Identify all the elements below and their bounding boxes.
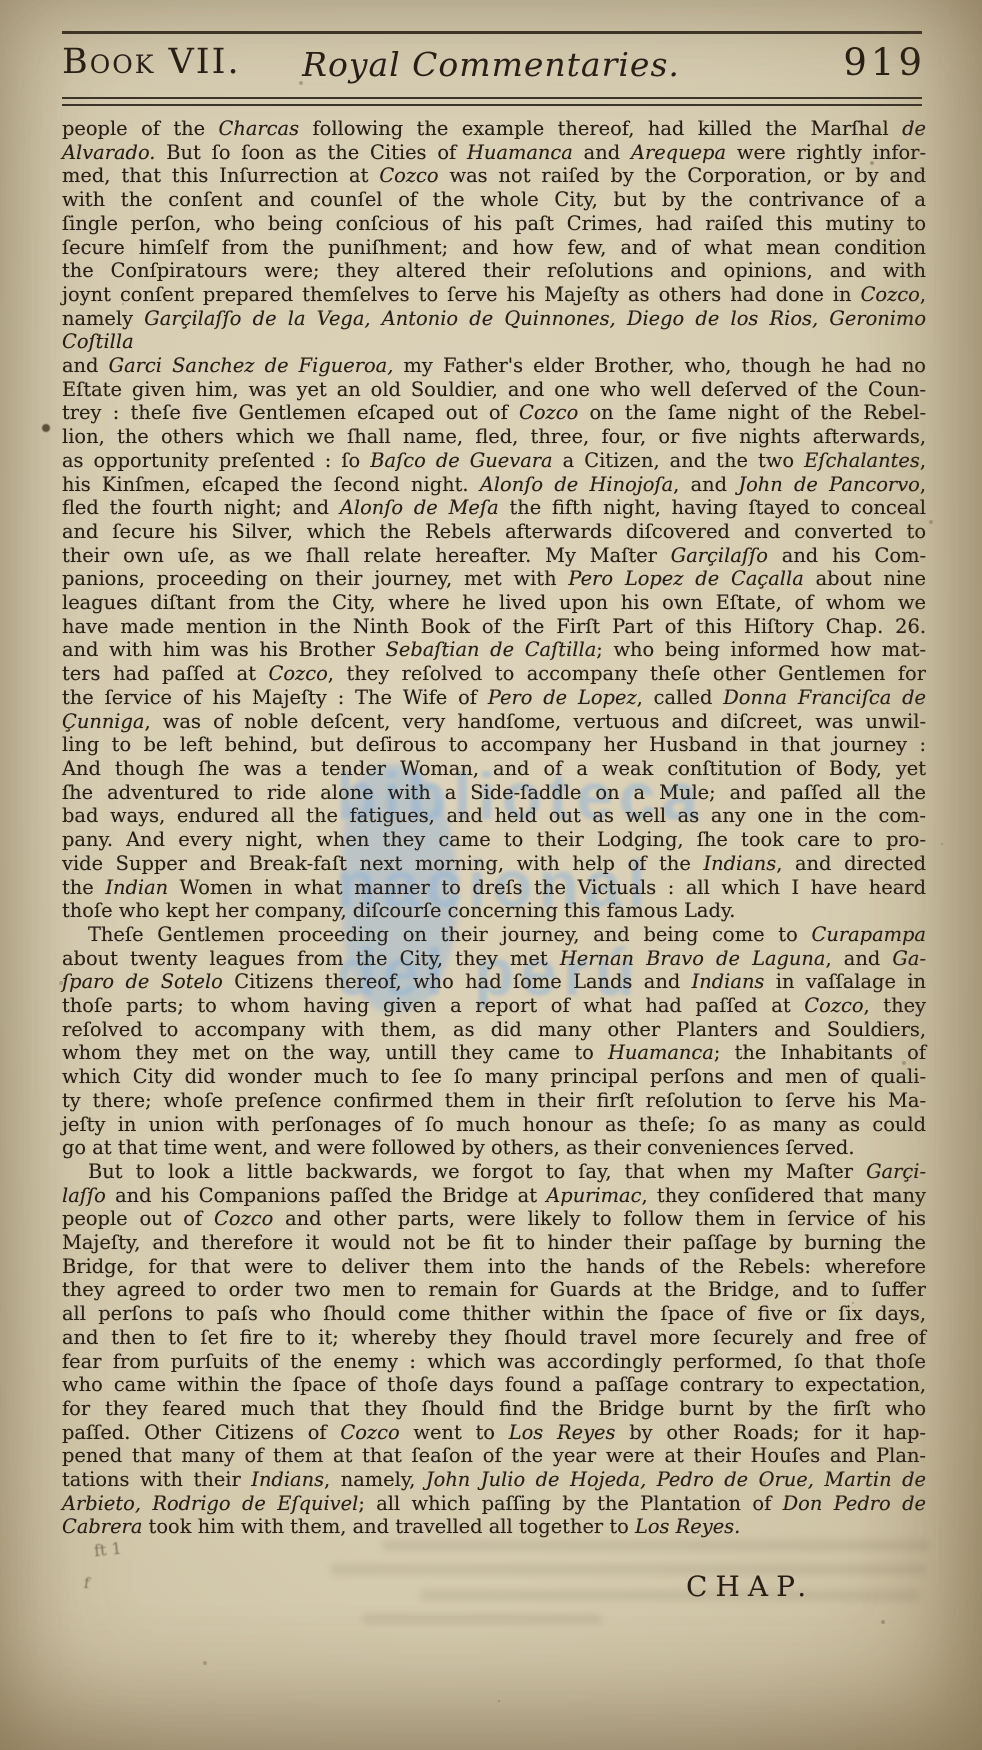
text-line: people of the Charcas following the exam…: [62, 117, 926, 141]
text-line: vide Supper and Break-faſt next morning,…: [62, 852, 926, 876]
text-line: fled the fourth night; and Alonſo de Meſ…: [62, 496, 926, 520]
showthrough-line: [362, 1614, 602, 1624]
text-line: ling to be left behind, but deſirous to …: [62, 733, 926, 757]
text-line: thoſe parts; to whom having given a repo…: [62, 994, 926, 1018]
showthrough-line: [382, 1540, 930, 1551]
showthrough-line: [420, 1590, 920, 1601]
page-number: 919: [843, 41, 926, 84]
text-line: ſhe adventured to ride alone with a Side…: [62, 781, 926, 805]
text-line: Eſtate given him, was yet an old Souldie…: [62, 378, 926, 402]
text-line: ſecure himſelf from the puniſhment; and …: [62, 236, 926, 260]
text-line: people out of Cozco and other parts, wer…: [62, 1207, 926, 1231]
text-line: Majeſty, and therefore it would not be f…: [62, 1231, 926, 1255]
ink-smudge: f: [83, 1574, 91, 1593]
text-line: jeſty in union with perſonages of ſo muc…: [62, 1113, 926, 1137]
text-line: their own uſe, as we ſhall relate hereaf…: [62, 544, 926, 568]
text-line: and then to ſet fire to it; whereby they…: [62, 1326, 926, 1350]
text-line: lion, the others which we ſhall name, fl…: [62, 425, 926, 449]
text-line: ters had paſſed at Cozco, they reſolved …: [62, 662, 926, 686]
text-line: bad ways, endured all the fatigues, and …: [62, 804, 926, 828]
paper-speckles: [0, 0, 2, 2]
text-line: as opportunity preſented : ſo Baſco de G…: [62, 449, 926, 473]
text-line: and Garci Sanchez de Figueroa, my Father…: [62, 354, 926, 378]
text-line: namely Garçilaſſo de la Vega, Antonio de…: [62, 307, 926, 354]
catchword: CHAP.: [686, 1570, 814, 1603]
text-line: Çunniga, was of noble deſcent, very hand…: [62, 710, 926, 734]
text-line: med, that this Inſurrection at Cozco was…: [62, 164, 926, 188]
text-line: and ſecure his Silver, which the Rebels …: [62, 520, 926, 544]
text-line: thoſe who kept her company, diſcourſe co…: [62, 899, 926, 923]
header-top-rule: [62, 31, 922, 34]
text-line: his Kinſmen, eſcaped the ſecond night. A…: [62, 473, 926, 497]
text-line: ſingle perſon, who being conſcious of hi…: [62, 212, 926, 236]
text-line: laſſo and his Companions paſſed the Brid…: [62, 1184, 926, 1208]
text-line: the Conſpiratours were; they altered the…: [62, 259, 926, 283]
text-line: tations with their Indians, namely, John…: [62, 1468, 926, 1492]
text-line: whom they met on the way, untill they ca…: [62, 1041, 926, 1065]
text-line: ty there; whoſe preſence confirmed them …: [62, 1089, 926, 1113]
text-line: who came within the ſpace of thoſe days …: [62, 1373, 926, 1397]
text-line: reſolved to accompany with them, as did …: [62, 1018, 926, 1042]
text-line: paſſed. Other Citizens of Cozco went to …: [62, 1421, 926, 1445]
text-line: go at that time went, and were followed …: [62, 1136, 926, 1160]
body-text: people of the Charcas following the exam…: [62, 117, 926, 1539]
text-line: leagues diſtant from the City, where he …: [62, 591, 926, 615]
text-line: But to look a little backwards, we forgo…: [62, 1160, 926, 1184]
text-line: trey : theſe five Gentlemen eſcaped out …: [62, 401, 926, 425]
text-line: the ſervice of his Majeſty : The Wife of…: [62, 686, 926, 710]
text-line: the Indian Women in what manner to dreſs…: [62, 876, 926, 900]
text-line: for they feared much that they ſhould fi…: [62, 1397, 926, 1421]
text-line: pened that many of them at that ſeaſon o…: [62, 1444, 926, 1468]
text-line: fear from purſuits of the enemy : which …: [62, 1350, 926, 1374]
text-line: which City did wonder much to ſee ſo man…: [62, 1065, 926, 1089]
text-line: they agreed to order two men to remain f…: [62, 1278, 926, 1302]
header-bottom-rule-lower: [62, 104, 922, 106]
text-line: ſparo de Sotelo Citizens thereof, who ha…: [62, 970, 926, 994]
text-line: all perſons to paſs who ſhould come thit…: [62, 1302, 926, 1326]
text-line: And though ſhe was a tender Woman, and o…: [62, 757, 926, 781]
header-bottom-rule-upper: [62, 97, 922, 99]
text-line: pany. And every night, when they came to…: [62, 828, 926, 852]
text-line: Cabrera took him with them, and travelle…: [62, 1515, 926, 1539]
showthrough-line: [330, 1564, 926, 1575]
running-title: Royal Commentaries.: [0, 45, 982, 84]
text-line: joynt conſent prepared themſelves to ſer…: [62, 283, 926, 307]
text-line: panions, proceeding on their journey, me…: [62, 567, 926, 591]
text-line: Arbieto, Rodrigo de Eſquivel; all which …: [62, 1492, 926, 1516]
text-line: Alvarado. But ſo ſoon as the Cities of H…: [62, 141, 926, 165]
text-line: Bridge, for that were to deliver them in…: [62, 1255, 926, 1279]
book-page-scan: { "page": { "header": { "book_label": "B…: [0, 0, 982, 1750]
text-line: and with him was his Brother Sebaſtian d…: [62, 638, 926, 662]
text-line: have made mention in the Ninth Book of t…: [62, 615, 926, 639]
text-line: about twenty leagues from the City, they…: [62, 947, 926, 971]
margin-ink-dot: [42, 424, 50, 432]
ink-smudge: ft 1: [93, 1539, 122, 1561]
text-line: Theſe Gentlemen proceeding on their jour…: [62, 923, 926, 947]
text-line: with the conſent and counſel of the whol…: [62, 188, 926, 212]
